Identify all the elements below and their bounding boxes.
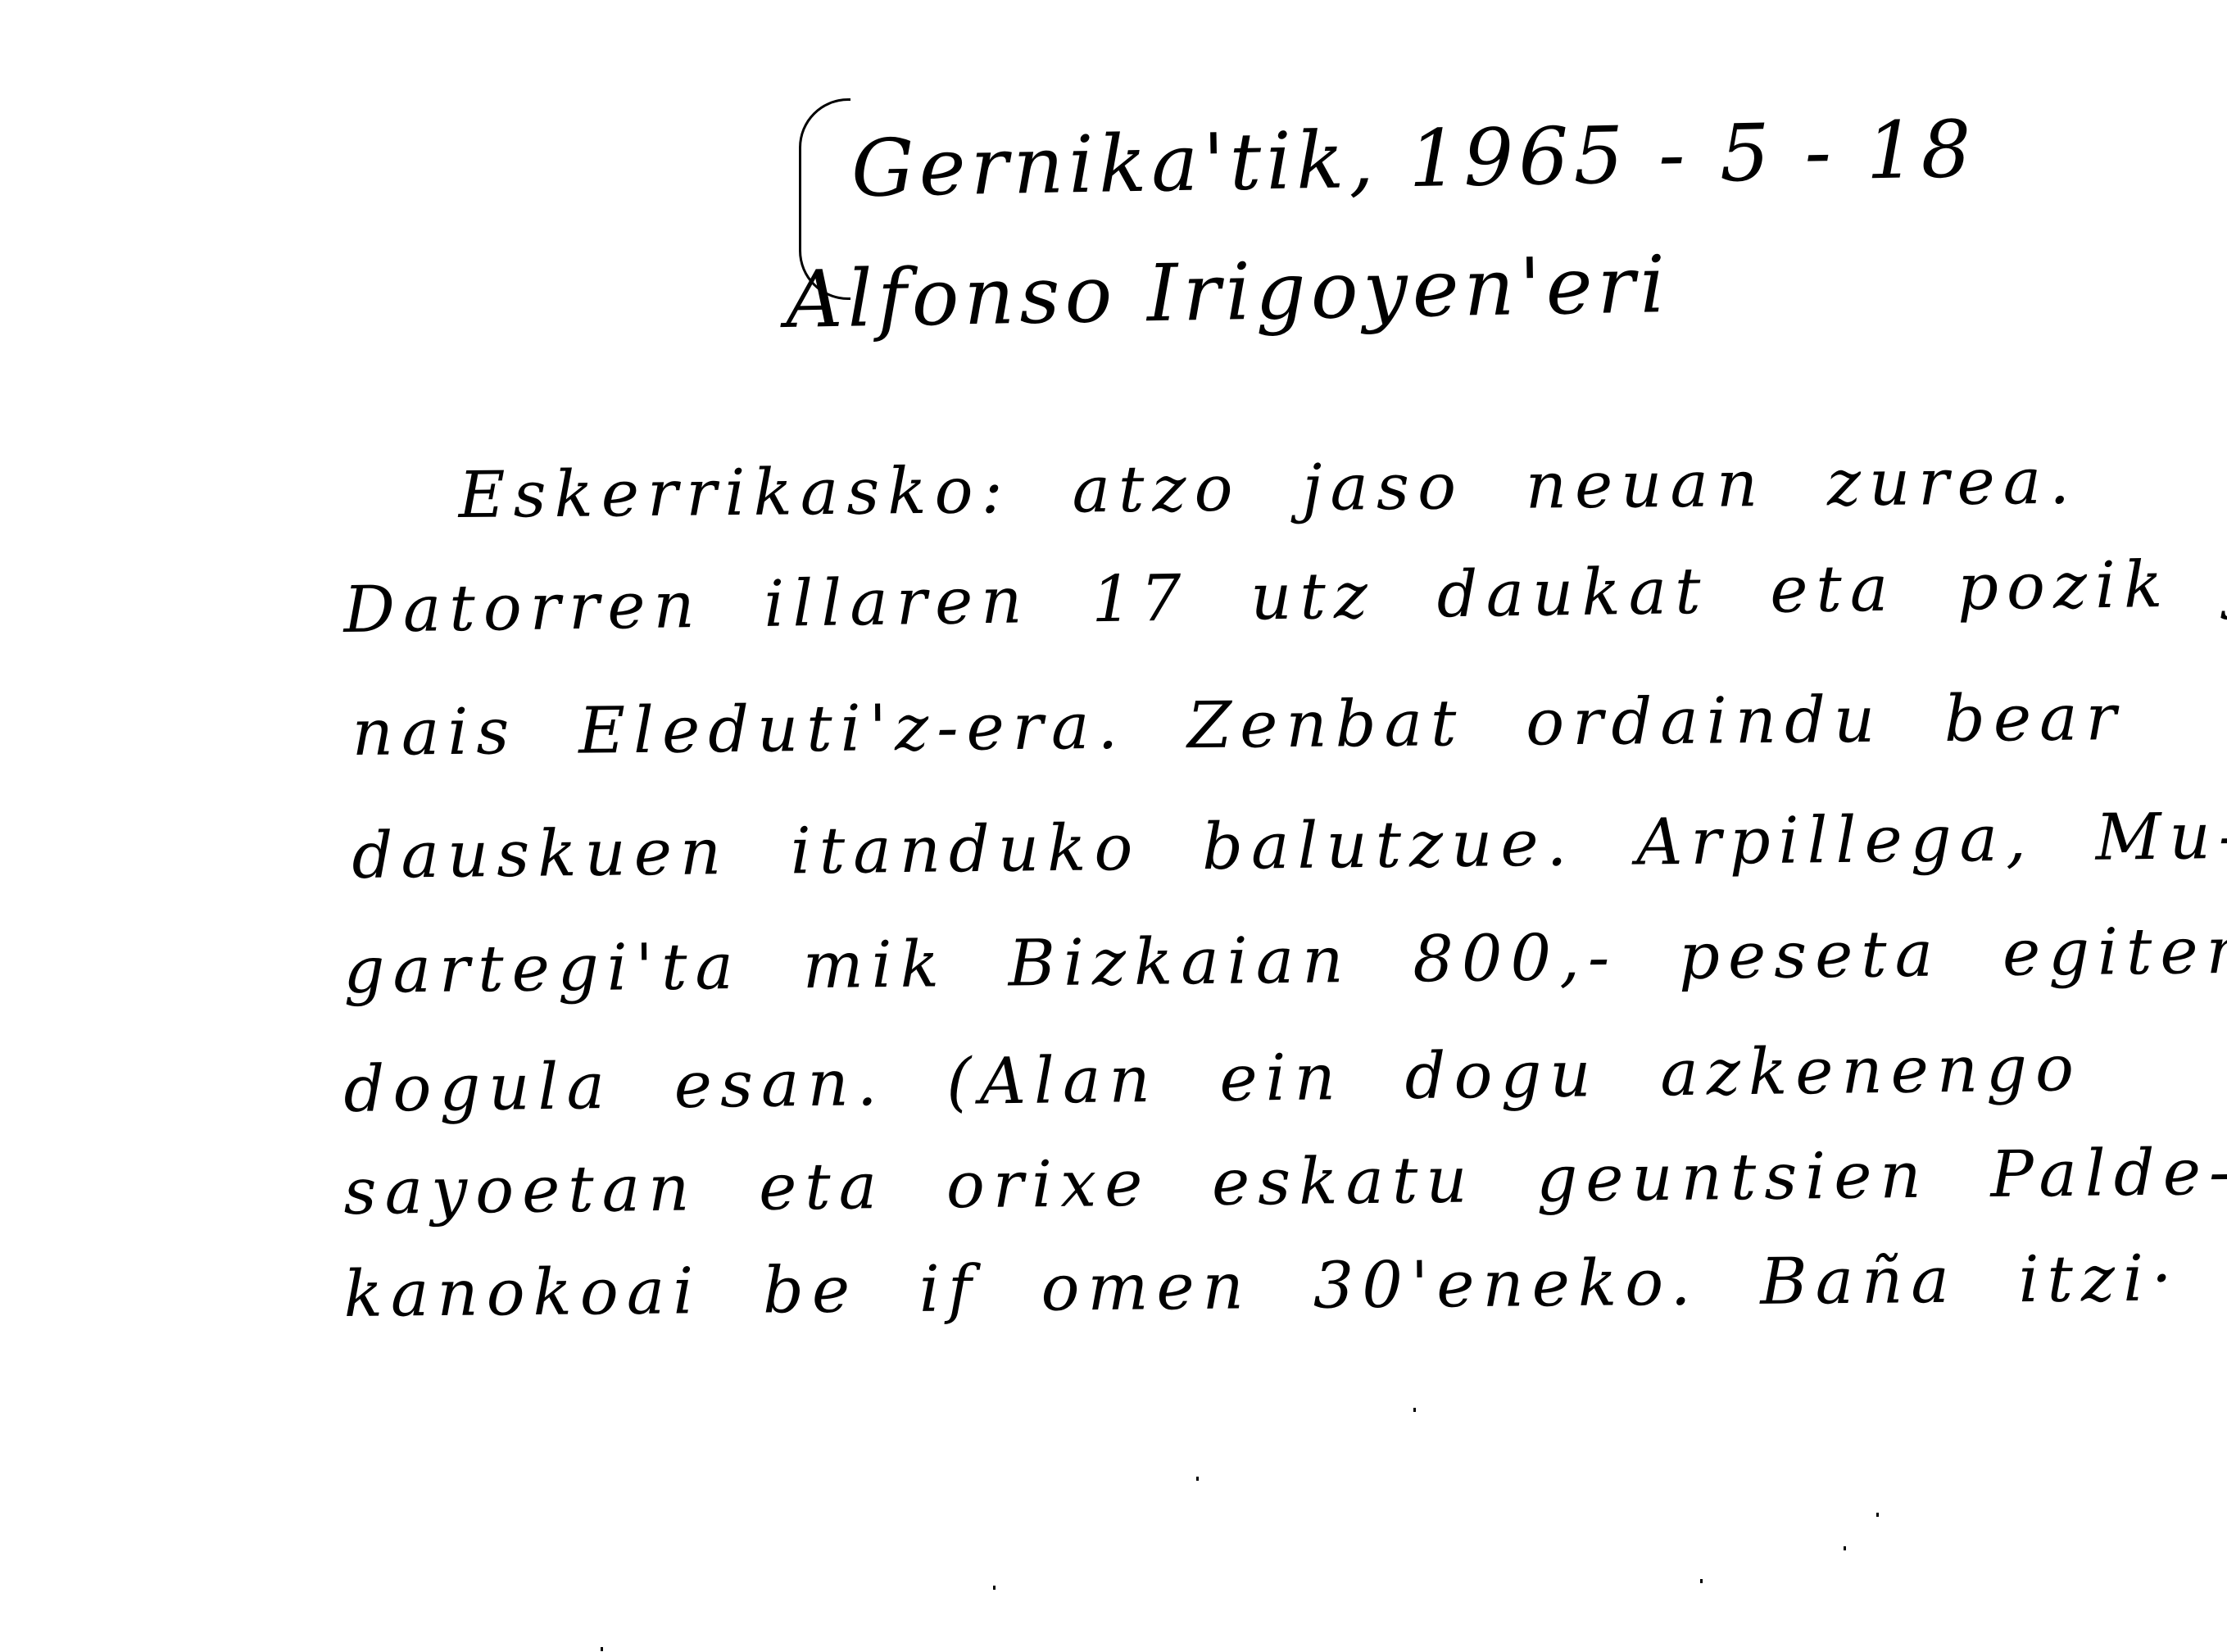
body-line-8: kanokoai be if omen 30'eneko. Baña itzi· [343,1241,2180,1332]
letter-page: Gernika'tik, 1965 - 5 - 18 Alfonso Irigo… [0,0,2227,1652]
scan-speck [601,1647,603,1651]
scan-speck [993,1586,996,1590]
body-line-3: nais Eleduti'z-era. Zenbat ordaindu bear [352,681,2125,770]
scan-speck [1196,1477,1199,1481]
scan-speck [1413,1408,1416,1412]
scan-speck [1700,1579,1703,1583]
place-date-line: Gernika'tik, 1965 - 5 - 18 [850,103,1976,215]
addressee-line: Alfonso Irigoyen'eri [785,238,1671,346]
body-line-4: dauskuen itanduko balutzue. Arpillega, M… [352,800,2227,893]
body-line-1: Eskerrikasko: atzo jaso neuan zurea. [458,445,2078,533]
body-line-6: dogula esan. (Alan ein dogu azkenengo [343,1032,2083,1127]
scan-speck [1844,1546,1846,1550]
body-line-5: gartegi'ta mik Bizkaian 800,- peseta egi… [343,914,2227,1008]
body-line-2: Datorren illaren 17 utz daukat eta pozik… [343,544,2227,647]
scan-speck [1876,1513,1879,1517]
body-line-7: sayoetan eta orixe eskatu geuntsien Pald… [343,1136,2227,1229]
